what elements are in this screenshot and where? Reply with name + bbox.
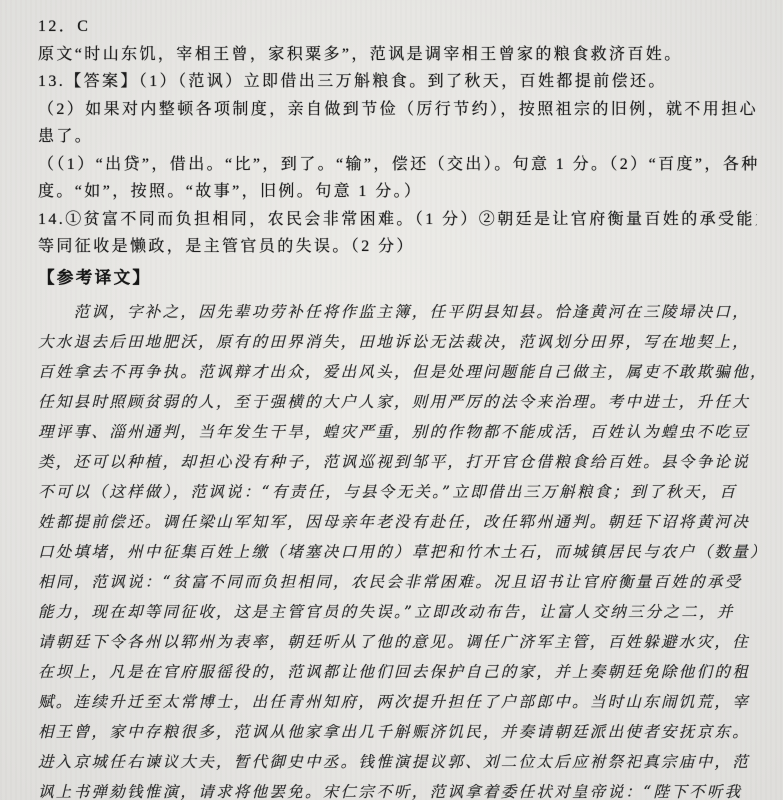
text-line: 原文“时山东饥，宰相王曾，家积粟多”，范讽是调宰相王曾家的粮食救济百姓。	[38, 41, 757, 69]
text-line: 请朝廷下令各州以郓州为表率，朝廷听从了他的意见。调任广济军主管，百姓躲避水灾，住	[38, 627, 757, 657]
text-line: 赋。连续升迁至太常博士，出任青州知府，两次提升担任了户部郎中。当时山东闹饥荒，宰	[38, 687, 757, 717]
q12-answer-block: 12．C原文“时山东饥，宰相王曾，家积粟多”，范讽是调宰相王曾家的粮食救济百姓。	[38, 13, 757, 68]
text-line: 大水退去后田地肥沃，原有的田界消失，田地诉讼无法裁决，范讽划分田界，写在地契上，	[38, 327, 757, 357]
text-line: 理评事、淄州通判，当年发生干旱，蝗灾严重，别的作物都不能成活，百姓认为蝗虫不吃豆	[38, 417, 757, 447]
reference-translation-section: 范讽，字补之，因先辈功劳补任将作监主簿，任平阴县知县。恰逢黄河在三陵埽决口，大水…	[38, 297, 757, 800]
reference-translation-header: 【参考译文】	[38, 263, 757, 293]
text-line: 讽上书弹劾钱惟演，请求将他罢免。宋仁宗不听，范讽拿着委任状对皇帝说：“陛下不听我	[38, 777, 757, 800]
text-line: 在坝上，凡是在官府服徭役的，范讽都让他们回去保护自己的家，并上奏朝廷免除他们的租	[38, 657, 757, 687]
text-line: 患了。	[38, 123, 757, 151]
text-line: 口处填堵，州中征集百姓上缴（堵塞决口用的）草把和竹木土石，而城镇居民与农户（数量…	[38, 537, 757, 567]
text-line: 等同征收是懒政，是主管官员的失误。（2 分）	[38, 233, 757, 261]
answer-key-section: 12．C原文“时山东饥，宰相王曾，家积粟多”，范讽是调宰相王曾家的粮食救济百姓。…	[38, 13, 757, 261]
text-line: （2）如果对内整顿各项制度，亲自做到节俭（厉行节约），按照祖宗的旧例，就不用担心…	[38, 96, 757, 124]
text-line: 类，还可以种植，却担心没有种子，范讽巡视到邹平，打开官仓借粮食给百姓。县令争论说	[38, 447, 757, 477]
text-line: 12．C	[38, 13, 757, 41]
text-line: 进入京城任右谏议大夫，暂代御史中丞。钱惟演提议郭、刘二位太后应祔祭祀真宗庙中，范	[38, 747, 757, 777]
text-line: 能力，现在却等同征收，这是主管官员的失误。”立即改动布告，让富人交纳三分之二，并	[38, 597, 757, 627]
text-line: 不可以（这样做），范讽说：“有责任，与县令无关。”立即借出三万斛粮食；到了秋天，…	[38, 477, 757, 507]
text-line: 13.【答案】（1）（范讽）立即借出三万斛粮食。到了秋天，百姓都提前偿还。	[38, 68, 757, 96]
text-line: 任知县时照顾贫弱的人，至于强横的大户人家，则用严厉的法令来治理。考中进士，升任大	[38, 387, 757, 417]
text-line: 度。“如”，按照。“故事”，旧例。句意 1 分。）	[38, 178, 757, 206]
text-line: （（1）“出贷”，借出。“比”，到了。“输”，偿还（交出）。句意 1 分。（2）…	[38, 151, 757, 179]
text-line: 相王曾，家中存粮很多，范讽从他家拿出几千斛赈济饥民，并奏请朝廷派出使者安抚京东。	[38, 717, 757, 747]
text-line: 14.①贫富不同而负担相同，农民会非常困难。（1 分）②朝廷是让官府衡量百姓的承…	[38, 206, 757, 234]
text-line: 姓都提前偿还。调任梁山军知军，因母亲年老没有赴任，改任郓州通判。朝廷下诏将黄河决	[38, 507, 757, 537]
text-line: 百姓拿去不再争执。范讽辩才出众，爱出风头，但是处理问题能自己做主，属吏不敢欺骗他…	[38, 357, 757, 387]
text-line: 范讽，字补之，因先辈功劳补任将作监主簿，任平阴县知县。恰逢黄河在三陵埽决口，	[38, 297, 757, 327]
scanned-answer-page: 12．C原文“时山东饥，宰相王曾，家积粟多”，范讽是调宰相王曾家的粮食救济百姓。…	[0, 0, 783, 800]
q14-answer-block: 14.①贫富不同而负担相同，农民会非常困难。（1 分）②朝廷是让官府衡量百姓的承…	[38, 206, 757, 261]
text-line: 相同，范讽说：“贫富不同而负担相同，农民会非常困难。况且诏书让官府衡量百姓的承受	[38, 567, 757, 597]
q13-answer-block: 13.【答案】（1）（范讽）立即借出三万斛粮食。到了秋天，百姓都提前偿还。（2）…	[38, 68, 757, 206]
